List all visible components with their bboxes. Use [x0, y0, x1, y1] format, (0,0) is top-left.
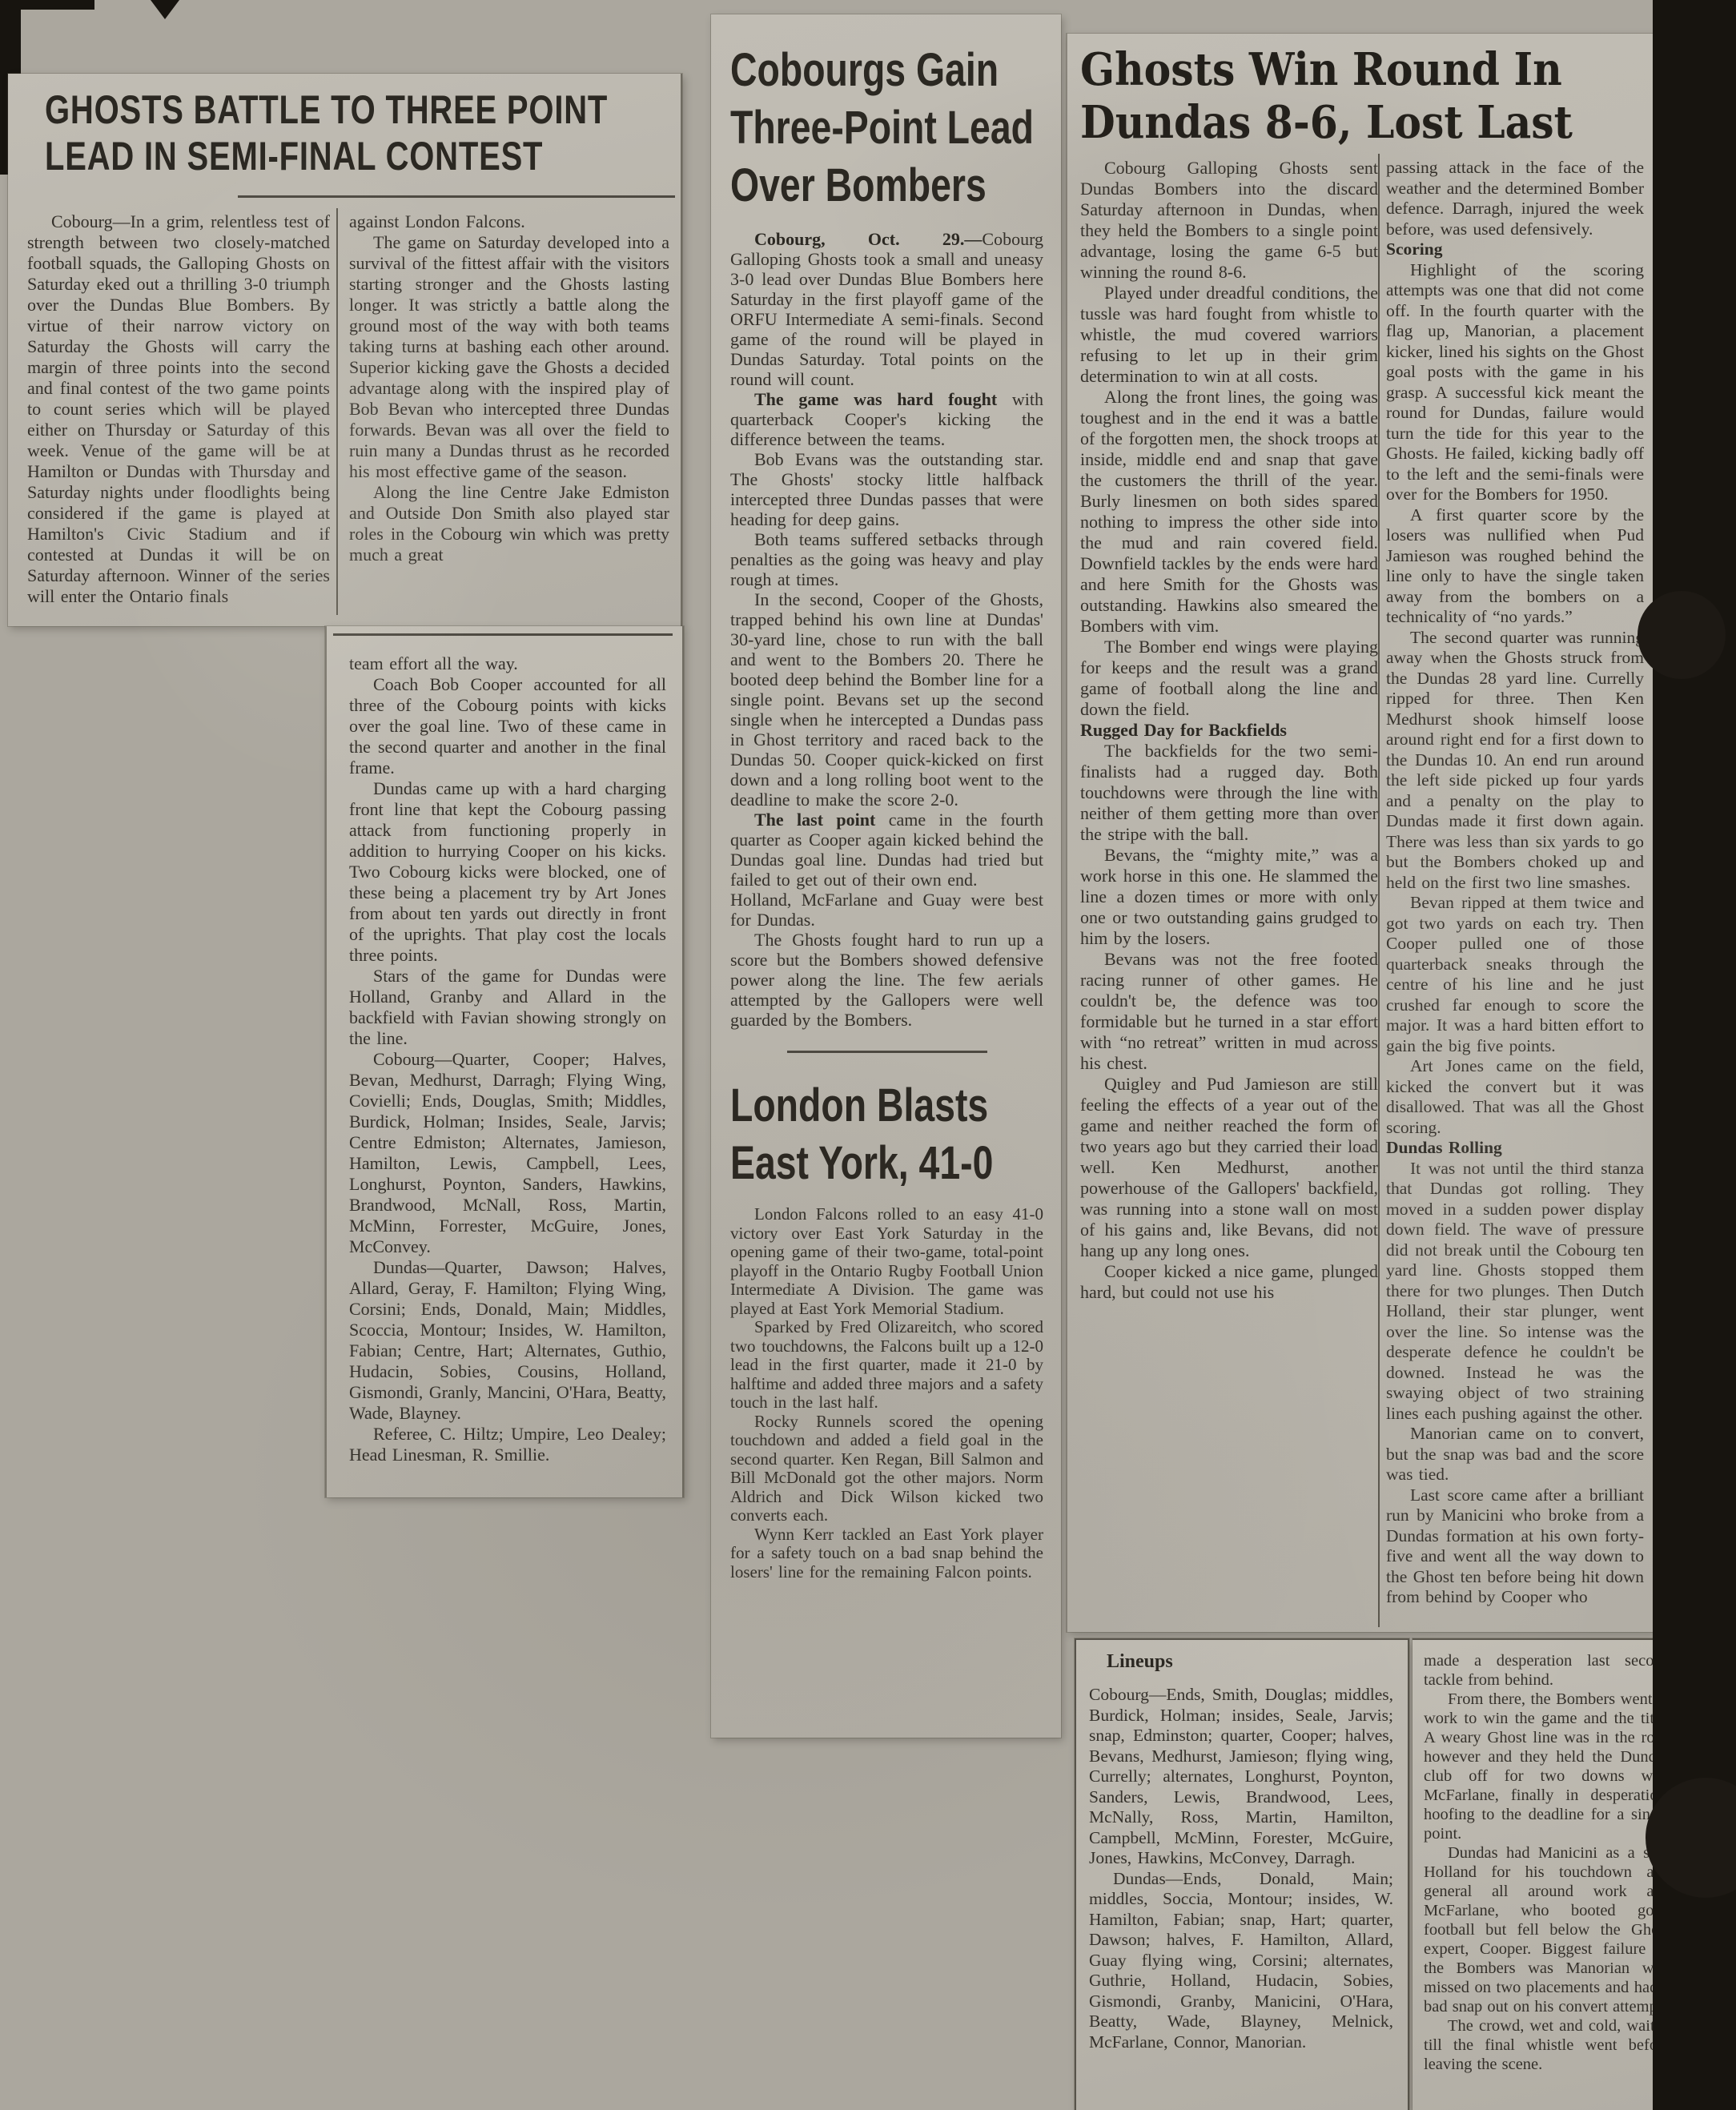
article-paragraph: Along the line Centre Jake Edmiston and …	[349, 482, 669, 565]
headline-line: Cobourgs Gain	[730, 42, 981, 99]
article-paragraph: Holland, McFarlane and Guay were best fo…	[730, 890, 1043, 930]
article-column: passing attack in the face of the weathe…	[1386, 158, 1644, 1627]
article-subhead: Rugged Day for Backfields	[1080, 720, 1378, 741]
article-column: London Falcons rolled to an easy 41-0 vi…	[730, 1205, 1043, 1581]
headline-line: LEAD IN SEMI-FINAL CONTEST	[45, 133, 608, 179]
article-paragraph: London Falcons rolled to an easy 41-0 vi…	[730, 1205, 1043, 1318]
paragraph-bold-lead: The last point	[754, 810, 875, 830]
article-paragraph: Quigley and Pud Jamieson are still feeli…	[1080, 1074, 1378, 1261]
column-divider-line	[336, 208, 338, 615]
article-paragraph: In the second, Cooper of the Ghosts, tra…	[730, 589, 1043, 810]
article-paragraph: Both teams suffered setbacks through pen…	[730, 529, 1043, 589]
article-paragraph: Sparked by Fred Olizareitch, who scored …	[730, 1318, 1043, 1413]
newspaper-scan-page: GHOSTS BATTLE TO THREE POINT LEAD IN SEM…	[0, 0, 1736, 2110]
article-column: Cobourg—In a grim, relentless test of st…	[27, 211, 330, 612]
headline-line: East York, 41-0	[730, 1135, 981, 1192]
article-paragraph: Cooper kicked a nice game, plunged hard,…	[1080, 1261, 1378, 1303]
headline-semifinal: GHOSTS BATTLE TO THREE POINT LEAD IN SEM…	[45, 86, 749, 179]
clipping-semifinal-continuation: team effort all the way.Coach Bob Cooper…	[325, 626, 684, 1497]
article-paragraph: The backfields for the two semi-finalist…	[1080, 741, 1378, 845]
article-paragraph: against London Falcons.	[349, 211, 669, 232]
article-paragraph: A first quarter score by the losers was …	[1386, 505, 1644, 628]
article-end-rule	[787, 1051, 987, 1053]
article-column: against London Falcons.The game on Satur…	[349, 211, 669, 612]
article-paragraph: passing attack in the face of the weathe…	[1386, 158, 1644, 239]
article-paragraph: The second quarter was running away when…	[1386, 628, 1644, 894]
article-paragraph: Dundas—Quarter, Dawson; Halves, Allard, …	[349, 1257, 666, 1424]
article-paragraph: Bevans, the “mighty mite,” was a work ho…	[1080, 845, 1378, 949]
article-paragraph: The crowd, wet and cold, waited till the…	[1424, 2016, 1670, 2074]
article-paragraph: The last point came in the fourth quarte…	[730, 810, 1043, 890]
article-subhead: Dundas Rolling	[1386, 1138, 1644, 1159]
headline-three-point: Cobourgs Gain Three-Point Lead Over Bomb…	[730, 42, 1043, 215]
clipping-round-continuation: made a desperation last second tackle fr…	[1413, 1638, 1683, 2110]
paragraph-bold-lead: The game was hard fought	[754, 389, 997, 409]
article-column: Cobourg—Ends, Smith, Douglas; middles, B…	[1089, 1685, 1393, 2105]
article-column: team effort all the way.Coach Bob Cooper…	[349, 653, 666, 1486]
article-paragraph: Dundas had Manicini as a star, Holland f…	[1424, 1843, 1670, 2016]
headline-line: Over Bombers	[730, 157, 981, 215]
article-column: Cobourg Galloping Ghosts sent Dundas Bom…	[1080, 158, 1378, 1407]
headline-line: Three-Point Lead	[730, 99, 981, 157]
article-paragraph: Highlight of the scoring attempts was on…	[1386, 260, 1644, 505]
lineups-title: Lineups	[1107, 1651, 1173, 1673]
article-paragraph: Cobourg, Oct. 29.—Cobourg Galloping Ghos…	[730, 229, 1043, 389]
article-paragraph: Cobourg Galloping Ghosts sent Dundas Bom…	[1080, 158, 1378, 283]
clipping-semifinal-article: GHOSTS BATTLE TO THREE POINT LEAD IN SEM…	[8, 74, 682, 626]
clipping-lineups: Lineups Cobourg—Ends, Smith, Douglas; mi…	[1075, 1638, 1409, 2110]
article-paragraph: Coach Bob Cooper accounted for all three…	[349, 674, 666, 778]
article-paragraph: The game on Saturday developed into a su…	[349, 232, 669, 482]
article-subhead: Scoring	[1386, 239, 1644, 260]
article-paragraph: Manorian came on to convert, but the sna…	[1386, 1424, 1644, 1485]
scan-hole-blob	[1638, 591, 1726, 679]
article-paragraph: Dundas—Ends, Donald, Main; middles, Socc…	[1089, 1869, 1393, 2053]
article-paragraph: Dundas came up with a hard charging fron…	[349, 778, 666, 966]
article-paragraph: Referee, C. Hiltz; Umpire, Leo Dealey; H…	[349, 1424, 666, 1465]
column-divider-line	[1378, 154, 1380, 1627]
article-paragraph: Bob Evans was the outstanding star. The …	[730, 449, 1043, 529]
scan-edge-black-top	[0, 0, 94, 10]
article-paragraph: team effort all the way.	[349, 653, 666, 674]
article-paragraph: The game was hard fought with quarterbac…	[730, 389, 1043, 449]
article-paragraph: Stars of the game for Dundas were Hollan…	[349, 966, 666, 1049]
headline-line: GHOSTS BATTLE TO THREE POINT	[45, 86, 608, 133]
article-column: made a desperation last second tackle fr…	[1424, 1651, 1670, 2104]
article-paragraph: It was not until the third stanza that D…	[1386, 1159, 1644, 1425]
article-paragraph: Along the front lines, the going was tou…	[1080, 387, 1378, 637]
article-column: Cobourg, Oct. 29.—Cobourg Galloping Ghos…	[730, 229, 1043, 1030]
article-paragraph: Bevan ripped at them twice and got two y…	[1386, 893, 1644, 1056]
article-paragraph: The Ghosts fought hard to run up a score…	[730, 930, 1043, 1030]
article-paragraph: Art Jones came on the field, kicked the …	[1386, 1056, 1644, 1138]
headline-rule	[238, 195, 675, 198]
article-paragraph: Cobourg—Quarter, Cooper; Halves, Bevan, …	[349, 1049, 666, 1257]
article-paragraph: Last score came after a brilliant run by…	[1386, 1485, 1644, 1608]
clipping-round-article: Ghosts Win Round In Dundas 8-6, Lost Las…	[1067, 34, 1654, 1632]
scan-tear-triangle	[151, 0, 179, 19]
article-paragraph: Wynn Kerr tackled an East York player fo…	[730, 1525, 1043, 1582]
article-paragraph: Played under dreadful conditions, the tu…	[1080, 283, 1378, 387]
clipping-middle-column: Cobourgs Gain Three-Point Lead Over Bomb…	[711, 14, 1061, 1738]
headline-line: Dundas 8-6, Lost Last	[1080, 96, 1573, 149]
article-paragraph: Cobourg—In a grim, relentless test of st…	[27, 211, 330, 607]
paragraph-bold-lead: Cobourg, Oct. 29.—	[754, 229, 982, 249]
article-paragraph: The Bomber end wings were playing for ke…	[1080, 637, 1378, 720]
headline-line: London Blasts	[730, 1077, 981, 1135]
clipping-top-rule	[333, 633, 673, 636]
headline-line: Ghosts Win Round In	[1080, 43, 1573, 96]
article-paragraph: made a desperation last second tackle fr…	[1424, 1651, 1670, 1690]
headline-london: London Blasts East York, 41-0	[730, 1077, 1043, 1192]
headline-round: Ghosts Win Round In Dundas 8-6, Lost Las…	[1080, 43, 1627, 149]
article-paragraph: Bevans was not the free footed racing ru…	[1080, 949, 1378, 1074]
article-paragraph: Cobourg—Ends, Smith, Douglas; middles, B…	[1089, 1685, 1393, 1869]
article-paragraph: Rocky Runnels scored the opening touchdo…	[730, 1413, 1043, 1525]
middle-column-content: Cobourgs Gain Three-Point Lead Over Bomb…	[711, 14, 1061, 1581]
article-paragraph: From there, the Bombers went to work to …	[1424, 1690, 1670, 1843]
